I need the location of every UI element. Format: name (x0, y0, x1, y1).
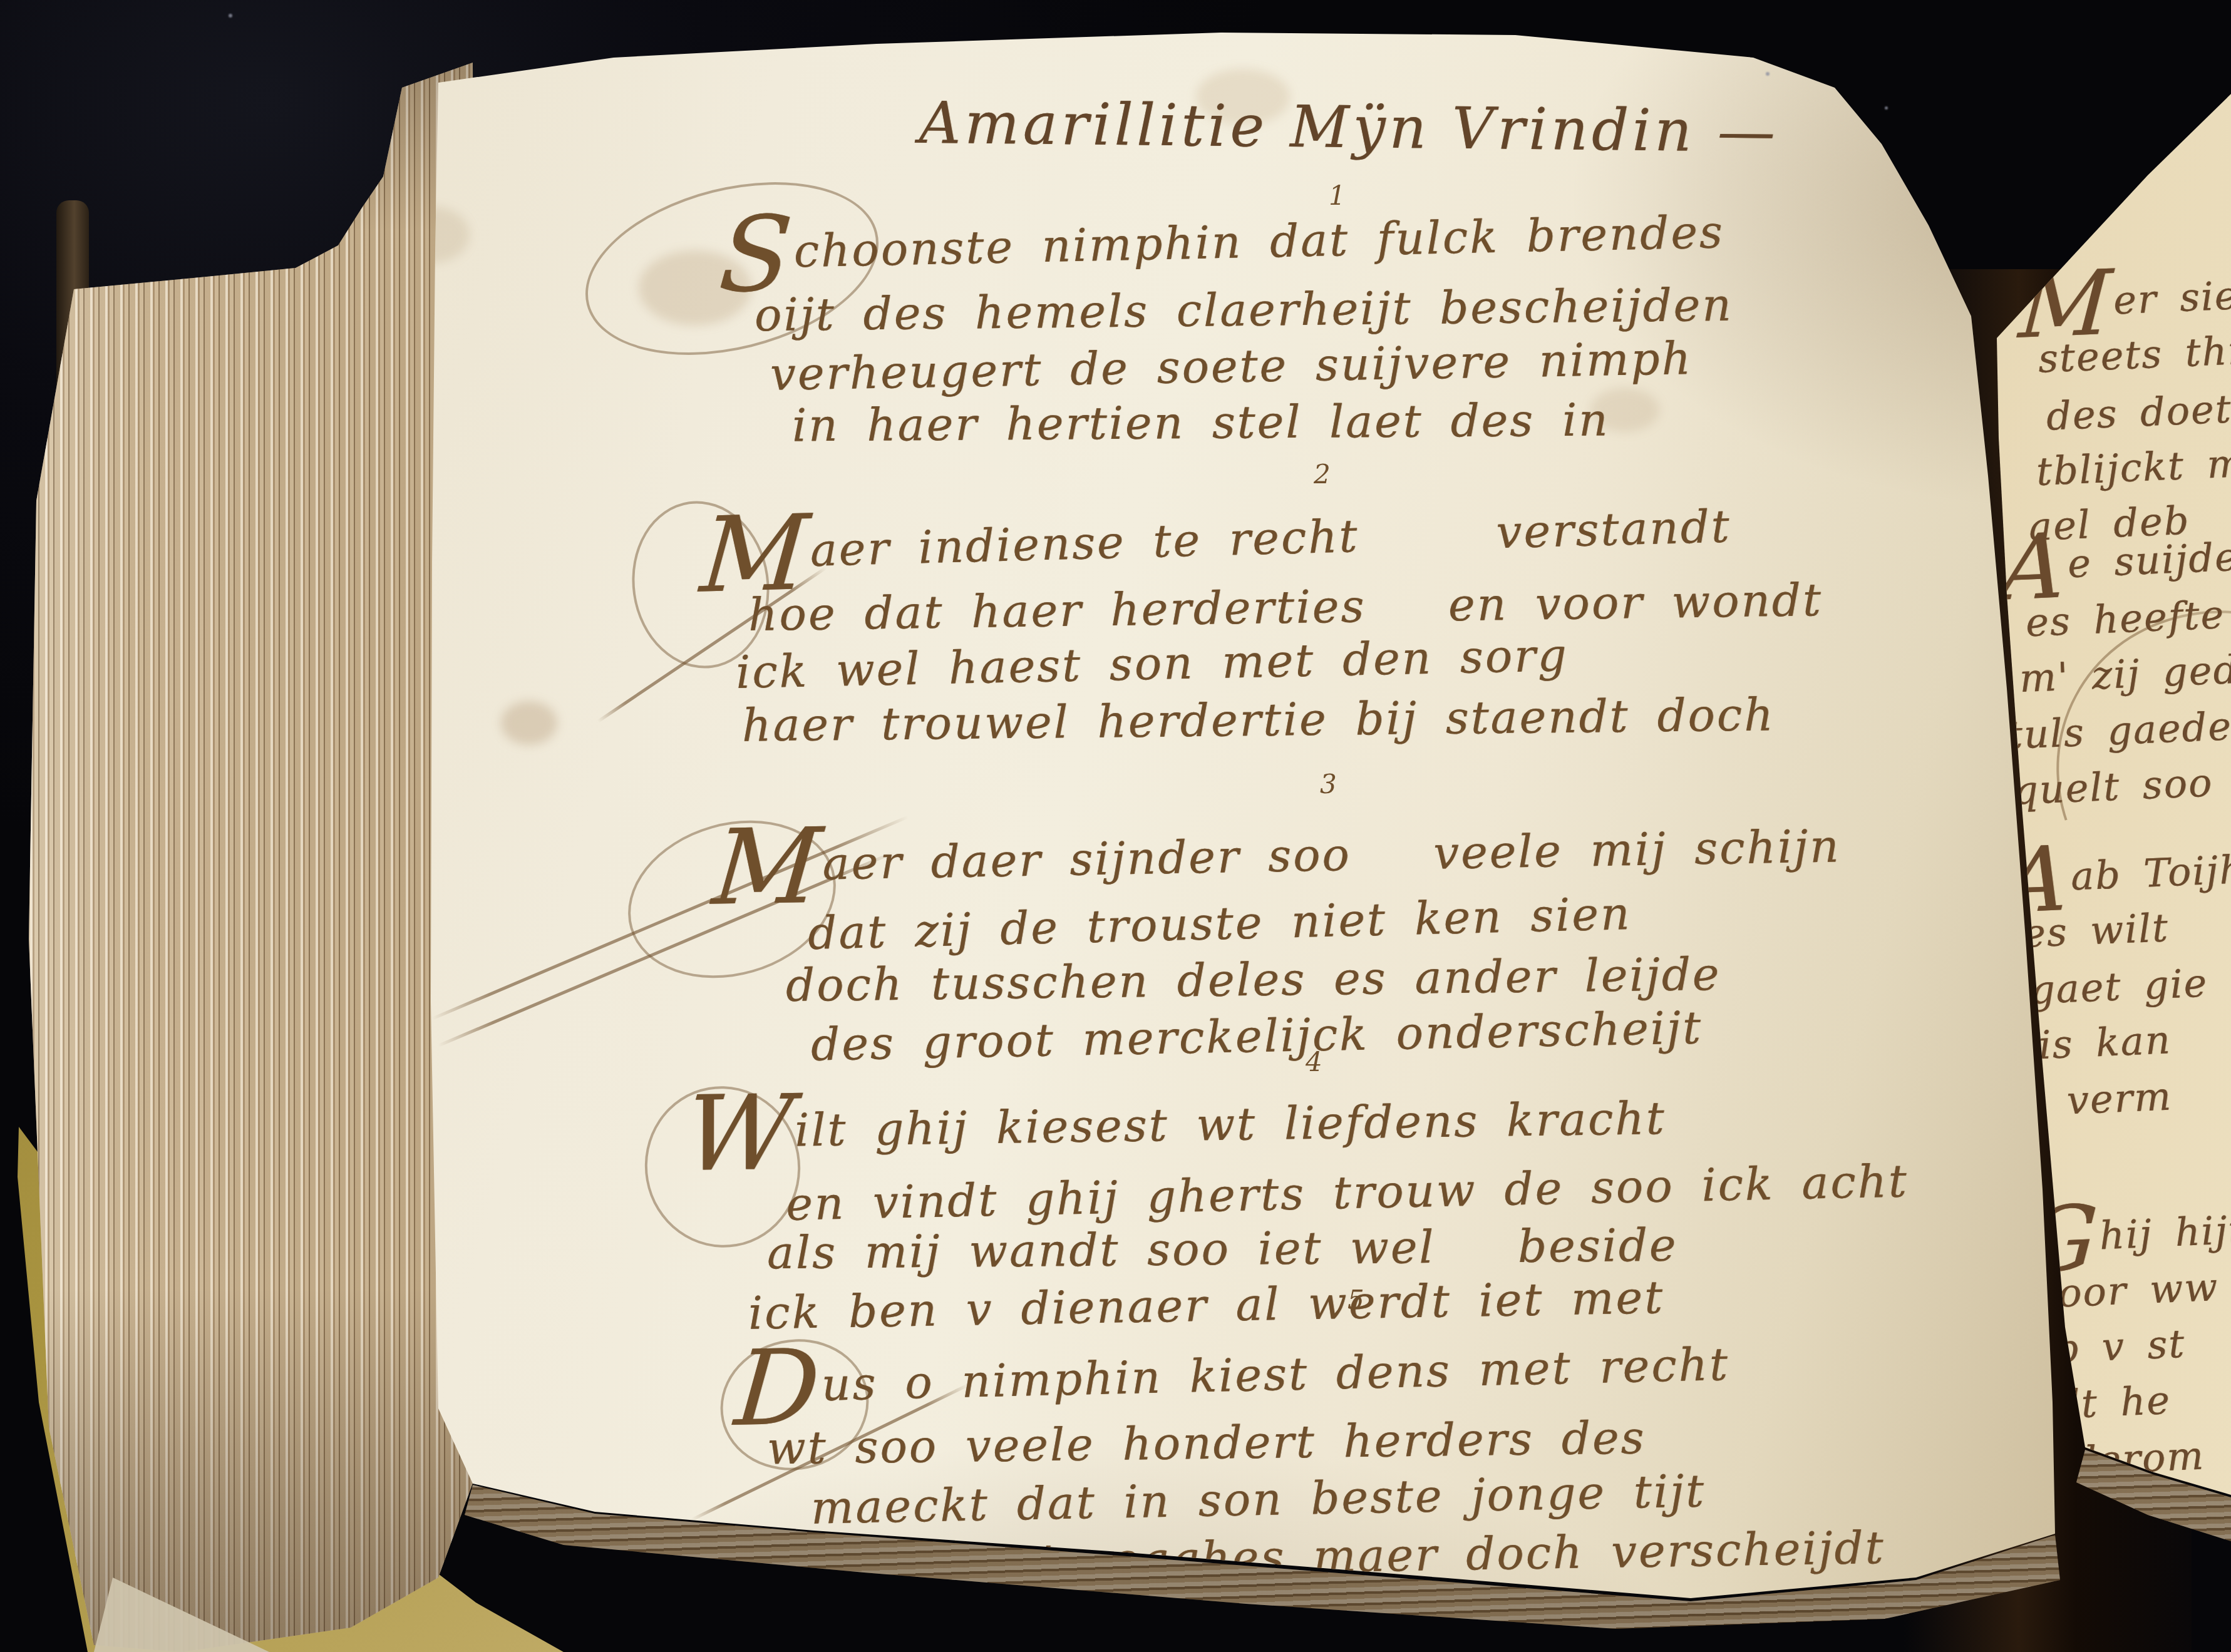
stanza-number: 2 (1314, 459, 1331, 490)
manuscript-line: doch tusschen deles es ander leijde (786, 948, 1721, 1012)
manuscript-line: haer trouwel herdertie bij staendt doch (742, 688, 1775, 751)
manuscript-line: oijt des hemels claerheijt bescheijden (755, 279, 1733, 341)
manuscript-line: dat zij de trouste niet ken sien (807, 887, 1632, 960)
manuscript-line: Aab Toijh (2003, 846, 2231, 902)
dust-speck (1885, 106, 1888, 110)
manuscript-line: quelt soo (2012, 759, 2214, 813)
stanza-number: 4 (1306, 1047, 1322, 1077)
flourished-initial: M (714, 867, 820, 869)
manuscript-line: Maer daer sijnder soo veele mij schijn (713, 819, 1841, 891)
manuscript-line: Ae suijder (2000, 533, 2231, 589)
manuscript-line: in haer hertien stel laet des in (792, 393, 1610, 451)
manuscript-line: hoe dat haer herderties en voor wondt (748, 573, 1823, 641)
flourished-initial: M (701, 554, 808, 557)
manuscript-line: steets thi (2038, 327, 2231, 382)
manuscript-line: verheugert de soete suijvere nimph (770, 332, 1693, 401)
stanza-number: 3 (1320, 769, 1337, 799)
flourished-initial: S (720, 255, 791, 256)
manuscript-line: des groot merckelijck onderscheijt (810, 1001, 1703, 1070)
manuscript-line: tuls gaeder (2006, 702, 2231, 758)
stanza-number: 5 (1347, 1285, 1364, 1315)
flourished-initial: A (2001, 567, 2065, 569)
flourished-initial: M (2019, 303, 2111, 307)
manuscript-line: es wilt (2022, 905, 2170, 957)
page-title: Amarillitie Mÿn Vrindin — (919, 90, 1779, 165)
dust-speck (229, 14, 232, 18)
manuscript-line: wt soo veele hondert herders des (767, 1411, 1646, 1474)
manuscript-line: Schoonste nimphin dat fulck brendes (719, 205, 1724, 279)
manuscript-line: Maer indiense te recht verstandt (701, 500, 1731, 579)
dust-speck (1766, 72, 1770, 76)
manuscript-line: en vindt ghij gherts trouw de soo ick ac… (785, 1154, 1909, 1231)
stanza-number: 1 (1329, 180, 1346, 211)
flourished-initial: W (686, 1134, 792, 1135)
manuscript-line: Wilt ghij kiesest wt liefdens kracht (685, 1092, 1666, 1158)
manuscript-line: tgaet gie (2012, 960, 2209, 1014)
manuscript-line: maeckt dat in son beste jonge tijt (810, 1464, 1706, 1534)
manuscript-line: als mij wandt soo iet wel beside (767, 1219, 1678, 1280)
flourished-initial: D (736, 1388, 819, 1390)
manuscript-photo: Amarillitie Mÿn Vrindin — 1Schoonste nim… (0, 0, 2231, 1652)
manuscript-line: Dus o nimphin kiest dens met recht (735, 1338, 1729, 1413)
manuscript-line: des doet hij (2046, 382, 2231, 439)
manuscript-line: m' zij ged (2019, 647, 2231, 702)
manuscript-line: ick ben v dienaer al werdt iet met (748, 1271, 1664, 1340)
ink-stain (501, 701, 557, 745)
manuscript-line: tblijckt m (2036, 440, 2231, 495)
